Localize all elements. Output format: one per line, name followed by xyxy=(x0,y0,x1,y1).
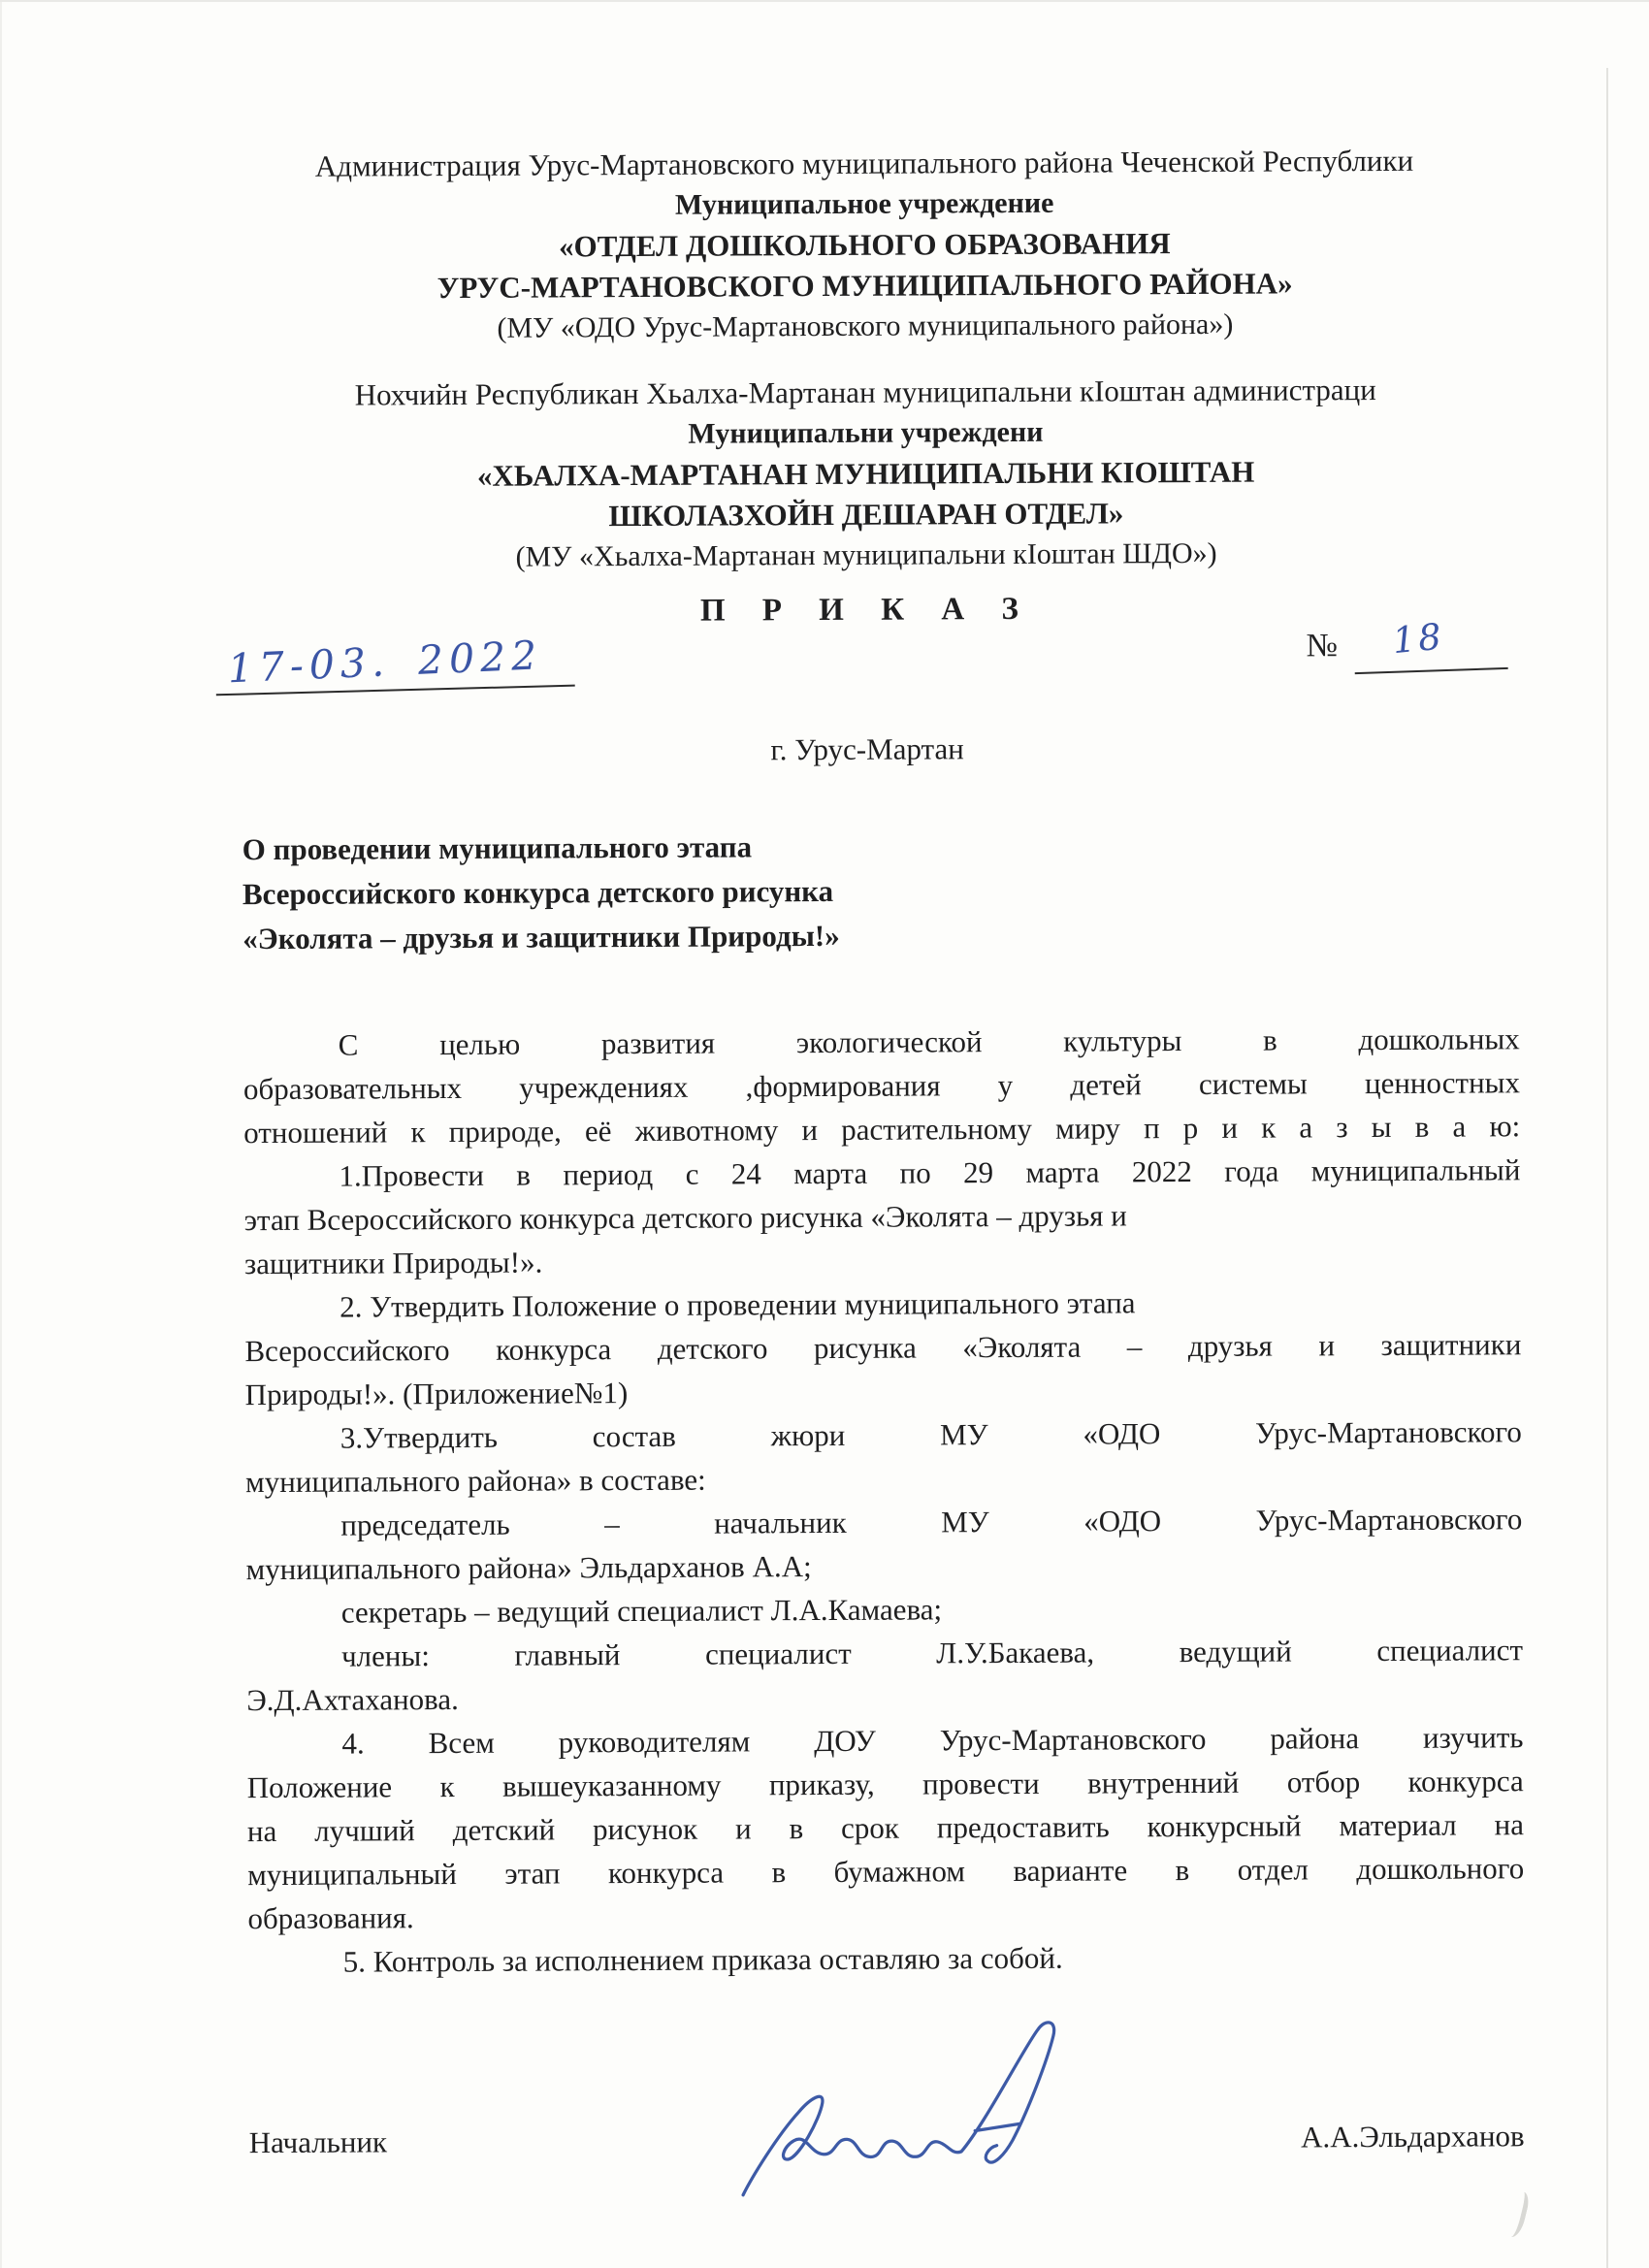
order-subject: О проведении муниципального этапа Всерос… xyxy=(242,825,840,961)
number-underline xyxy=(1355,667,1508,674)
scan-edge-line xyxy=(1606,68,1608,2268)
order-title: П Р И К А З xyxy=(144,586,1589,634)
order-date-handwritten: 17-03. 2022 xyxy=(227,632,543,692)
body-line: защитники Природы!». xyxy=(244,1235,1521,1285)
body-line: отношений к природе, её животному и раст… xyxy=(243,1104,1520,1154)
body-line: образования. xyxy=(247,1890,1524,1940)
body-line: 3.Утвердить состав жюри МУ «ОДО Урус-Мар… xyxy=(245,1409,1522,1460)
org-header-che-line: Нохчийн Республикан Хьалха-Мартанан муни… xyxy=(143,369,1588,417)
order-number-handwritten: 18 xyxy=(1391,615,1446,662)
body-line: 5. Контроль за исполнением приказа остав… xyxy=(248,1933,1525,1984)
body-line: Всероссийского конкурса детского рисунка… xyxy=(244,1322,1521,1373)
signature-autograph xyxy=(733,2005,1069,2211)
body-line: муниципального района» Эльдарханов А.А; xyxy=(245,1540,1522,1591)
subject-line: Всероссийского конкурса детского рисунка xyxy=(242,869,840,917)
order-number-label: № xyxy=(1306,628,1338,664)
body-line: председатель – начальник МУ «ОДО Урус-Ма… xyxy=(245,1497,1522,1547)
body-line: Положение к вышеуказанному приказу, пров… xyxy=(247,1759,1524,1809)
org-header-che-line: (МУ «Хьалха-Мартанан муниципальни кІошта… xyxy=(144,532,1589,580)
body-line: муниципальный этап конкурса в бумажном в… xyxy=(247,1846,1524,1896)
body-line: Э.Д.Ахтаханова. xyxy=(246,1671,1523,1722)
scan-artifact xyxy=(1501,2188,1532,2239)
org-header-ru-line: Администрация Урус-Мартановского муницип… xyxy=(142,140,1587,188)
body-line: С целью развития экологической культуры … xyxy=(243,1017,1520,1067)
signature-stroke-icon xyxy=(733,2005,1069,2211)
body-line: муниципального района» в составе: xyxy=(245,1453,1522,1504)
body-line: члены: главный специалист Л.У.Бакаева, в… xyxy=(246,1628,1523,1678)
document-page: Администрация Урус-Мартановского муницип… xyxy=(0,0,1649,2268)
body-line: этап Всероссийского конкурса детского ри… xyxy=(244,1191,1521,1242)
subject-line: «Эколята – друзья и защитники Природы!» xyxy=(242,914,840,961)
body-line: 2. Утвердить Положение о проведении муни… xyxy=(244,1279,1521,1329)
signatory-position: Начальник xyxy=(249,2124,388,2160)
subject-line: О проведении муниципального этапа xyxy=(242,825,840,872)
body-line: 1.Провести в период с 24 марта по 29 мар… xyxy=(243,1148,1520,1198)
body-line: на лучший детский рисунок и в срок предо… xyxy=(247,1802,1524,1853)
org-header-ru-line: (МУ «ОДО Урус-Мартановского муниципально… xyxy=(143,303,1588,351)
order-body: С целью развития экологической культуры … xyxy=(243,1017,1525,1984)
org-header-chechen: Нохчийн Республикан Хьалха-Мартанан муни… xyxy=(143,369,1589,580)
org-header-russian: Администрация Урус-Мартановского муницип… xyxy=(142,140,1588,351)
body-line: секретарь – ведущий специалист Л.А.Камае… xyxy=(246,1584,1523,1635)
body-line: Природы!». (Приложение№1) xyxy=(245,1366,1522,1416)
signatory-name: А.А.Эльдарханов xyxy=(1301,2119,1525,2155)
body-line: образовательных учреждениях ,формировани… xyxy=(243,1060,1520,1111)
body-line: 4. Всем руководителям ДОУ Урус-Мартановс… xyxy=(246,1715,1523,1766)
order-place: г. Урус-Мартан xyxy=(145,726,1590,774)
